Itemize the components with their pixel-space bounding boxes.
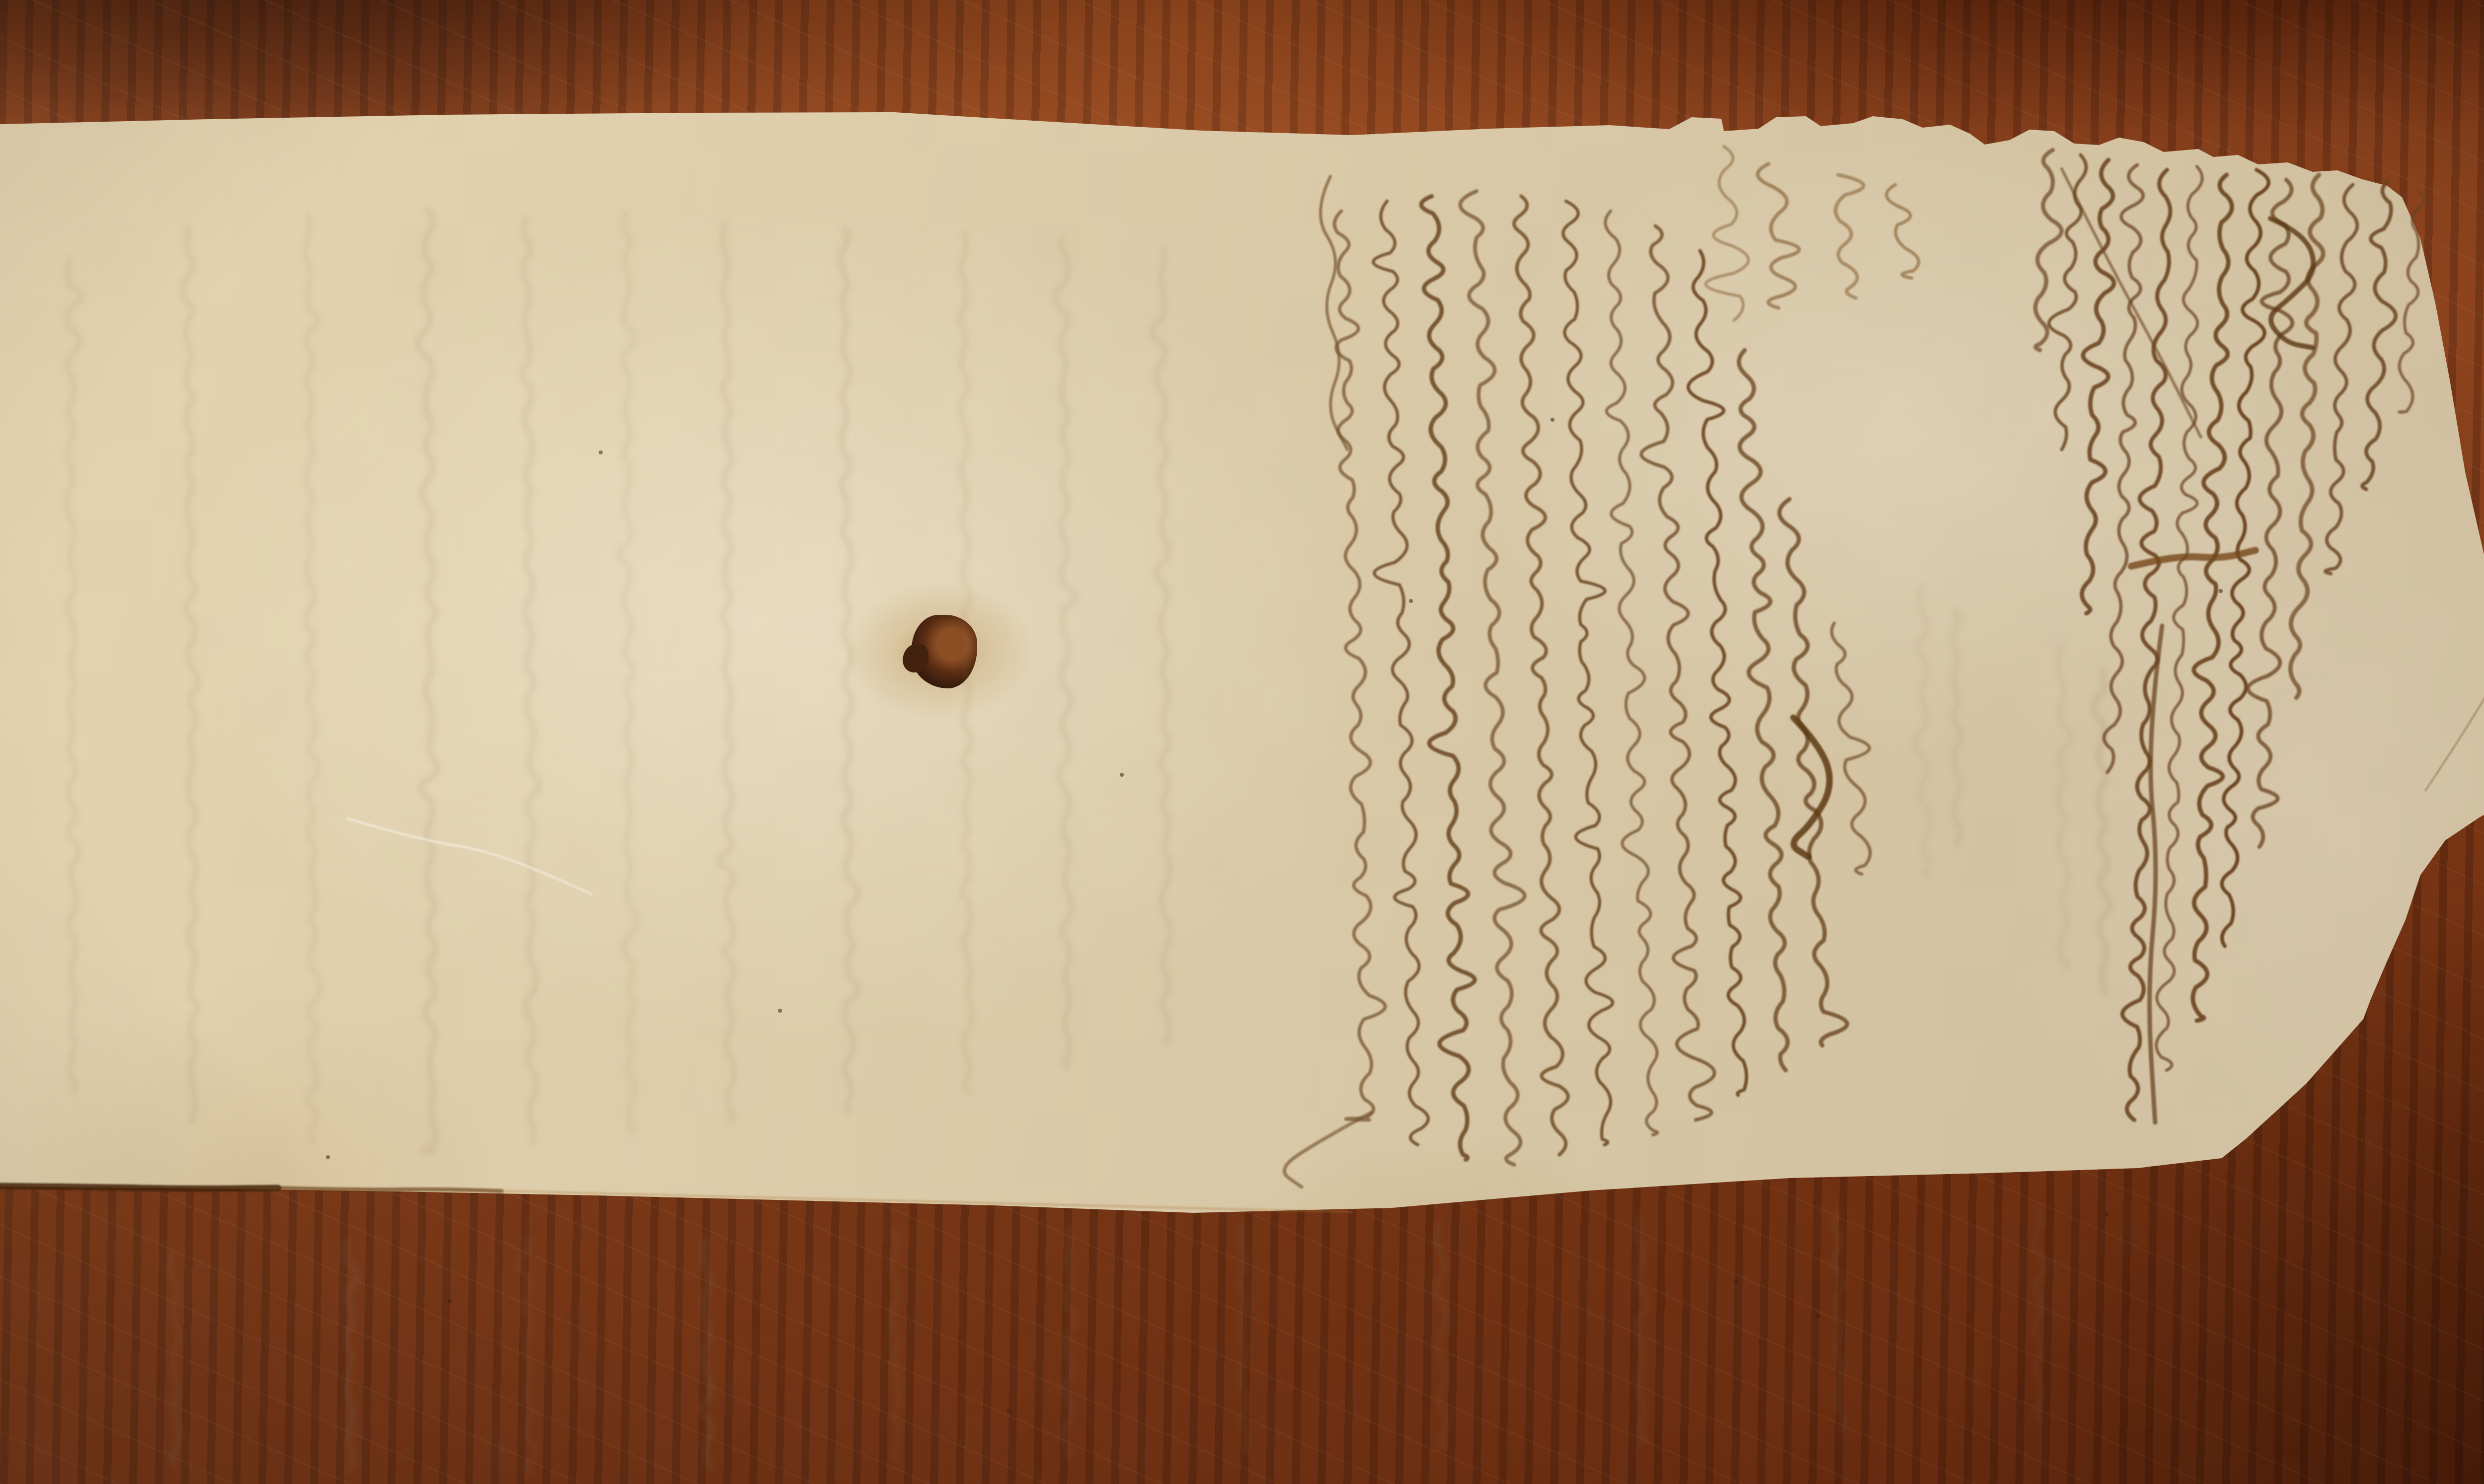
paper-crease-scars [348,642,2484,894]
handwriting-top-flourishes [1706,147,1919,320]
ghost-bleedthrough-text [67,209,2110,1473]
handwriting-overlay [0,0,2484,1484]
paper-specks [326,418,2223,1412]
handwriting-main-column [1334,191,1870,1165]
fold-crease-line [0,1186,1351,1212]
handwriting-right-column [2035,150,2424,1120]
manuscript-photograph [0,0,2484,1484]
